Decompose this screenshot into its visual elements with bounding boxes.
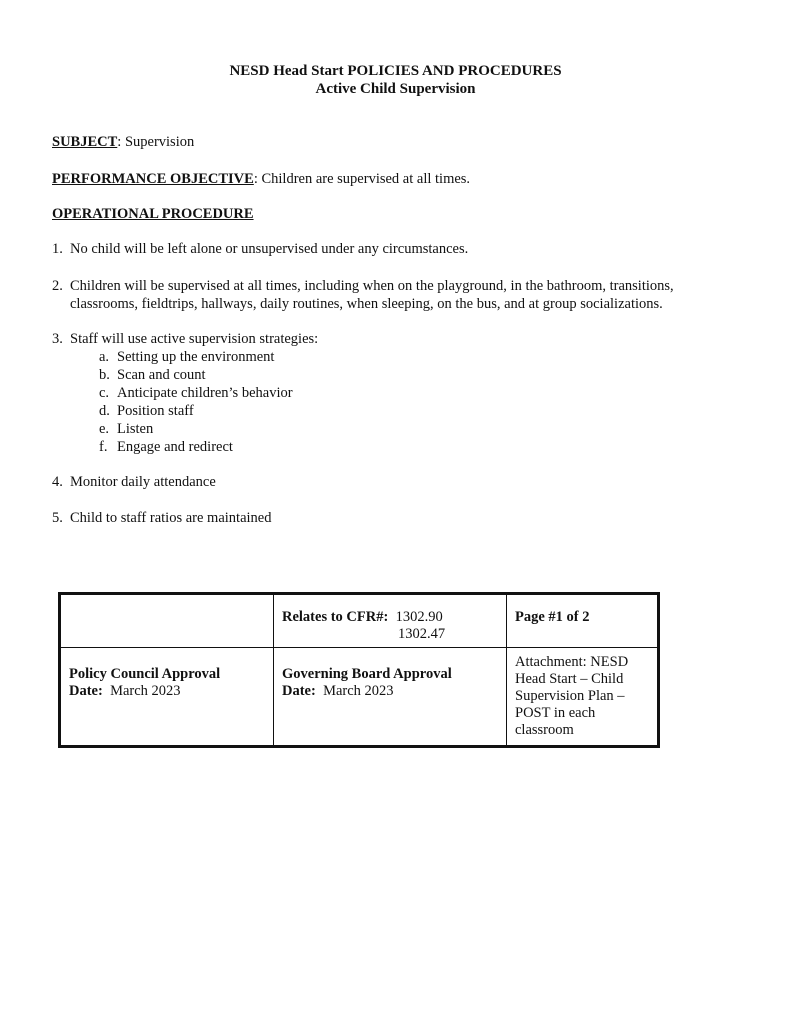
document-subtitle: Active Child Supervision <box>0 81 791 98</box>
governing-board-date: March 2023 <box>323 683 393 699</box>
document-title: NESD Head Start POLICIES AND PROCEDURES <box>0 63 791 80</box>
list-item: 4.Monitor daily attendance <box>52 474 216 491</box>
attachment-text: Attachment: NESD <box>515 654 628 670</box>
item-number: 4. <box>52 474 70 491</box>
sub-item-letter: f. <box>99 439 117 456</box>
item-number: 3. <box>52 331 70 348</box>
sub-item-text: Anticipate children’s behavior <box>117 385 293 401</box>
page-label: Page #1 of 2 <box>515 609 590 625</box>
attachment-text: classroom <box>515 722 574 738</box>
item-number: 2. <box>52 278 70 295</box>
subject-line: SUBJECT: Supervision <box>52 134 194 151</box>
sub-item: b.Scan and count <box>99 367 206 384</box>
item-text: classrooms, fieldtrips, hallways, daily … <box>70 296 663 312</box>
performance-objective-label: PERFORMANCE OBJECTIVE <box>52 171 254 187</box>
sub-item-letter: b. <box>99 367 117 384</box>
item-text: Monitor daily attendance <box>70 474 216 490</box>
date-label: Date: <box>69 683 103 699</box>
performance-objective-value: Children are supervised at all times. <box>261 171 470 187</box>
policy-council-label: Policy Council Approval <box>69 666 220 682</box>
sub-item: e.Listen <box>99 421 153 438</box>
cfr-label: Relates to CFR#: <box>282 609 388 625</box>
governing-board-cell: Governing Board Approval Date: March 202… <box>274 648 507 747</box>
policy-council-date: March 2023 <box>110 683 180 699</box>
item-text: No child will be left alone or unsupervi… <box>70 241 468 257</box>
sub-item-text: Engage and redirect <box>117 439 233 455</box>
sub-item: d.Position staff <box>99 403 194 420</box>
item-number: 5. <box>52 510 70 527</box>
sub-item-letter: d. <box>99 403 117 420</box>
sub-item-text: Setting up the environment <box>117 349 274 365</box>
list-item-continuation: classrooms, fieldtrips, hallways, daily … <box>70 296 663 313</box>
attachment-text: POST in each <box>515 705 595 721</box>
sub-item: a.Setting up the environment <box>99 349 274 366</box>
empty-cell <box>60 594 274 648</box>
page-cell: Page #1 of 2 <box>507 594 659 648</box>
list-item: 5.Child to staff ratios are maintained <box>52 510 271 527</box>
sub-item-text: Scan and count <box>117 367 206 383</box>
item-text: Child to staff ratios are maintained <box>70 510 271 526</box>
cfr-cell: Relates to CFR#: 1302.90 1302.47 <box>274 594 507 648</box>
sub-item: c.Anticipate children’s behavior <box>99 385 293 402</box>
subject-value: Supervision <box>125 134 194 150</box>
operational-procedure-heading: OPERATIONAL PROCEDURE <box>52 206 254 223</box>
sub-item: f.Engage and redirect <box>99 439 233 456</box>
date-label: Date: <box>282 683 316 699</box>
subject-label: SUBJECT <box>52 134 117 150</box>
sub-item-text: Position staff <box>117 403 194 419</box>
sub-item-text: Listen <box>117 421 153 437</box>
governing-board-label: Governing Board Approval <box>282 666 452 682</box>
sub-item-letter: a. <box>99 349 117 366</box>
item-text: Staff will use active supervision strate… <box>70 331 318 347</box>
item-number: 1. <box>52 241 70 258</box>
cfr-value: 1302.90 <box>396 609 443 625</box>
approval-table: Relates to CFR#: 1302.90 1302.47 Page #1… <box>58 592 660 748</box>
attachment-text: Supervision Plan – <box>515 688 625 704</box>
list-item: 3.Staff will use active supervision stra… <box>52 331 318 348</box>
item-text: Children will be supervised at all times… <box>70 278 674 294</box>
policy-council-cell: Policy Council Approval Date: March 2023 <box>60 648 274 747</box>
performance-objective-line: PERFORMANCE OBJECTIVE: Children are supe… <box>52 171 470 188</box>
attachment-cell: Attachment: NESD Head Start – Child Supe… <box>507 648 659 747</box>
cfr-value: 1302.47 <box>398 626 445 642</box>
list-item: 1.No child will be left alone or unsuper… <box>52 241 468 258</box>
attachment-text: Head Start – Child <box>515 671 623 687</box>
sub-item-letter: e. <box>99 421 117 438</box>
operational-procedure-label: OPERATIONAL PROCEDURE <box>52 206 254 222</box>
list-item: 2.Children will be supervised at all tim… <box>52 278 674 295</box>
sub-item-letter: c. <box>99 385 117 402</box>
